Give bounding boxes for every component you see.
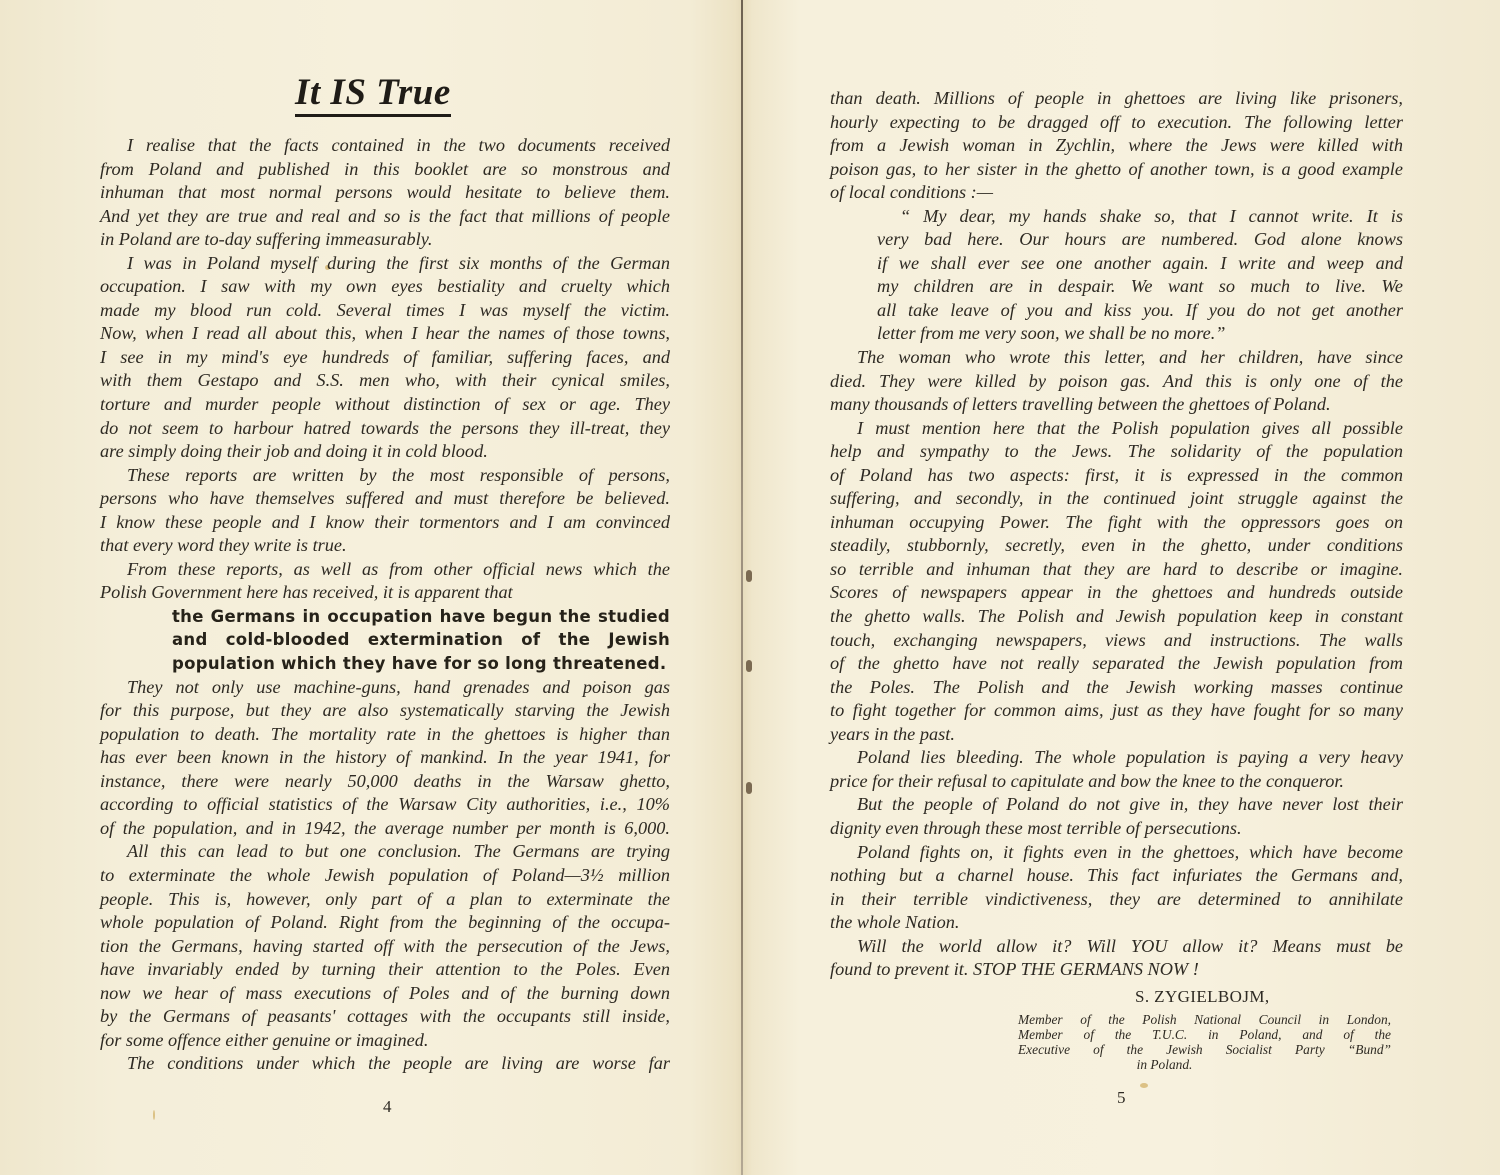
text-line: persons who have themselves suffered and…	[100, 487, 670, 511]
text-line: so terrible and inhuman that they are ha…	[830, 558, 1403, 582]
text-line: died. They were killed by poison gas. An…	[830, 370, 1403, 394]
text-line: found to prevent it. STOP THE GERMANS NO…	[830, 958, 1403, 982]
text-line: in their terrible vindictiveness, they a…	[830, 888, 1403, 912]
text-line: dignity even through these most terrible…	[830, 817, 1403, 841]
text-line: Poland lies bleeding. The whole populati…	[830, 746, 1403, 770]
signature-credential-line: in Poland.	[1018, 1057, 1391, 1072]
emphasized-statement-line: population which they have for so long t…	[100, 652, 670, 676]
text-line: But the people of Poland do not give in,…	[830, 793, 1403, 817]
text-line: These reports are written by the most re…	[100, 464, 670, 488]
text-line: hourly expecting to be dragged off to ex…	[830, 111, 1403, 135]
emphasized-statement-line: and cold-blooded extermination of the Je…	[100, 628, 670, 652]
text-line: of the ghetto have not really separated …	[830, 652, 1403, 676]
text-line: to exterminate the whole Jewish populati…	[100, 864, 670, 888]
text-line: that every word they write is true.	[100, 534, 670, 558]
text-line: of the population, and in 1942, the aver…	[100, 817, 670, 841]
text-line: people. This is, however, only part of a…	[100, 888, 670, 912]
signature-credential-line: Member of the T.U.C. in Poland, and of t…	[1018, 1027, 1391, 1042]
text-line: The woman who wrote this letter, and her…	[830, 346, 1403, 370]
text-line: according to official statistics of the …	[100, 793, 670, 817]
text-line: to fight together for common aims, just …	[830, 699, 1403, 723]
text-line: occupation. I saw with my own eyes besti…	[100, 275, 670, 299]
text-line: of local conditions :—	[830, 181, 1403, 205]
right-page-body: than death. Millions of people in ghetto…	[830, 87, 1403, 982]
text-line: from a Jewish woman in Zychlin, where th…	[830, 134, 1403, 158]
signature-credential-line: Member of the Polish National Council in…	[1018, 1012, 1391, 1027]
text-line: Poland fights on, it fights even in the …	[830, 841, 1403, 865]
text-line: made my blood run cold. Several times I …	[100, 299, 670, 323]
text-line: has ever been known in the history of ma…	[100, 746, 670, 770]
text-line: do not seem to harbour hatred towards th…	[100, 417, 670, 441]
text-line: for some offence either genuine or imagi…	[100, 1029, 670, 1053]
text-line: for this purpose, but they are also syst…	[100, 699, 670, 723]
text-line: Now, when I read all about this, when I …	[100, 322, 670, 346]
text-line: tion the Germans, having started off wit…	[100, 935, 670, 959]
text-line: help and sympathy to the Jews. The solid…	[830, 440, 1403, 464]
text-line: They not only use machine-guns, hand gre…	[100, 676, 670, 700]
text-line: The conditions under which the people ar…	[100, 1052, 670, 1076]
text-line: population to death. The mortality rate …	[100, 723, 670, 747]
text-line: torture and murder people without distin…	[100, 393, 670, 417]
text-line: I realise that the facts contained in th…	[100, 134, 670, 158]
text-line: inhuman occupying Power. The fight with …	[830, 511, 1403, 535]
text-line: price for their refusal to capitulate an…	[830, 770, 1403, 794]
page-left: It IS True I realise that the facts cont…	[0, 0, 741, 1175]
text-line: suffering, and secondly, in the continue…	[830, 487, 1403, 511]
text-line: are simply doing their job and doing it …	[100, 440, 670, 464]
text-line: inhuman that most normal persons would h…	[100, 181, 670, 205]
text-line: steadily, stubbornly, secretly, even in …	[830, 534, 1403, 558]
text-line: of Poland has two aspects: first, it is …	[830, 464, 1403, 488]
text-line: now we hear of mass executions of Poles …	[100, 982, 670, 1006]
page-right: than death. Millions of people in ghetto…	[743, 0, 1500, 1175]
left-page-body: I realise that the facts contained in th…	[100, 134, 670, 1076]
text-line: And yet they are true and real and so is…	[100, 205, 670, 229]
text-line: From these reports, as well as from othe…	[100, 558, 670, 582]
text-line: from Poland and published in this bookle…	[100, 158, 670, 182]
text-line: in Poland are to-day suffering immeasura…	[100, 228, 670, 252]
emphasized-statement-line: the Germans in occupation have begun the…	[100, 605, 670, 629]
quoted-letter-line: very bad here. Our hours are numbered. G…	[830, 228, 1403, 252]
signature-credentials: Member of the Polish National Council in…	[1018, 1012, 1391, 1072]
text-line: I see in my mind's eye hundreds of famil…	[100, 346, 670, 370]
text-line: the Poles. The Polish and the Jewish wor…	[830, 676, 1403, 700]
quoted-letter-line: letter from me very soon, we shall be no…	[830, 322, 1403, 346]
page-number-left: 4	[383, 1097, 392, 1117]
text-line: Scores of newspapers appear in the ghett…	[830, 581, 1403, 605]
signature-credential-line: Executive of the Jewish Socialist Party …	[1018, 1042, 1391, 1057]
text-line: Polish Government here has received, it …	[100, 581, 670, 605]
text-line: with them Gestapo and S.S. men who, with…	[100, 369, 670, 393]
text-line: poison gas, to her sister in the ghetto …	[830, 158, 1403, 182]
text-line: I know these people and I know their tor…	[100, 511, 670, 535]
text-line: Will the world allow it? Will YOU allow …	[830, 935, 1403, 959]
text-line: years in the past.	[830, 723, 1403, 747]
signature-name: S. ZYGIELBOJM,	[1135, 987, 1270, 1007]
text-line: touch, exchanging newspapers, views and …	[830, 629, 1403, 653]
text-line: All this can lead to but one conclusion.…	[100, 840, 670, 864]
text-line: instance, there were nearly 50,000 death…	[100, 770, 670, 794]
page-title: It IS True	[295, 73, 451, 117]
booklet-spread: It IS True I realise that the facts cont…	[0, 0, 1500, 1175]
text-line: nothing but a charnel house. This fact i…	[830, 864, 1403, 888]
text-line: by the Germans of peasants' cottages wit…	[100, 1005, 670, 1029]
quoted-letter-line: “ My dear, my hands shake so, that I can…	[830, 205, 1403, 229]
quoted-letter-line: all take leave of you and kiss you. If y…	[830, 299, 1403, 323]
text-line: than death. Millions of people in ghetto…	[830, 87, 1403, 111]
text-line: the ghetto walls. The Polish and Jewish …	[830, 605, 1403, 629]
quoted-letter-line: if we shall ever see one another again. …	[830, 252, 1403, 276]
page-number-right: 5	[1117, 1088, 1126, 1108]
text-line: I must mention here that the Polish popu…	[830, 417, 1403, 441]
text-line: I was in Poland myself during the first …	[100, 252, 670, 276]
quoted-letter-line: my children are in despair. We want so m…	[830, 275, 1403, 299]
text-line: the whole Nation.	[830, 911, 1403, 935]
text-line: many thousands of letters travelling bet…	[830, 393, 1403, 417]
text-line: whole population of Poland. Right from t…	[100, 911, 670, 935]
text-line: have invariably ended by turning their a…	[100, 958, 670, 982]
